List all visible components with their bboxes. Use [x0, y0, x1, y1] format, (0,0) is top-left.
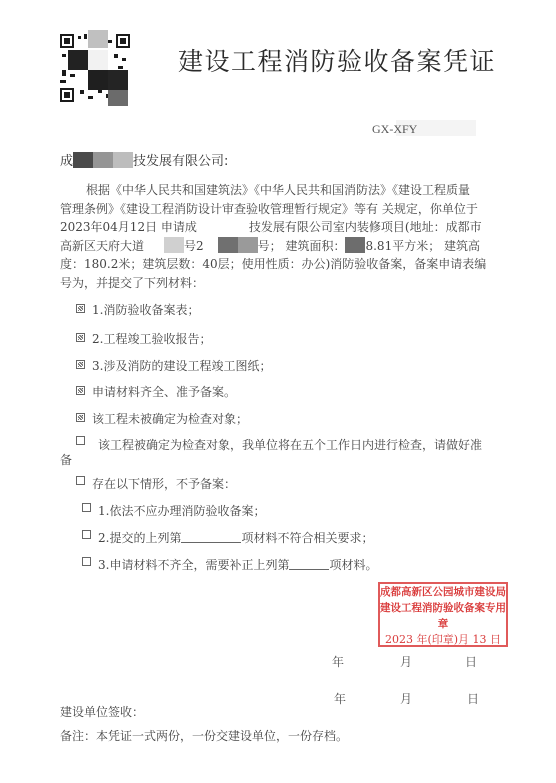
- body-line: 技发展有限公司室内装修项目(地址：成都市: [249, 220, 482, 234]
- checklist-item: 1.消防验收备案表；: [76, 301, 199, 318]
- document-number: GX-XFY: [372, 122, 417, 137]
- checkbox-checked-icon[interactable]: [76, 386, 85, 395]
- checklist-item: 该工程被确定为检查对象，我单位将在五个工作日内进行检查，请做好准: [76, 436, 482, 453]
- remark-note: 备注：本凭证一式两份，一份交建设单位，一份存档。: [60, 727, 348, 744]
- body-line: 8.81平方米； 建筑高: [365, 239, 480, 253]
- checkbox-checked-icon[interactable]: [76, 360, 85, 369]
- redacted-block: [164, 237, 184, 253]
- sub-checklist-item: 3.申请材料不齐全，需要补正上列第项材料。: [82, 556, 377, 573]
- body-line: 号2: [184, 239, 204, 253]
- date-month-label: 月: [400, 653, 412, 670]
- redacted-block: [345, 237, 365, 253]
- recipient-suffix: 技发展有限公司:: [133, 154, 228, 169]
- redacted-block: [93, 152, 113, 168]
- date-day-label: 日: [465, 653, 477, 670]
- stamp-line: 建设工程消防验收备案专用章: [380, 600, 506, 632]
- recipient-line: 成技发展有限公司:: [60, 150, 228, 169]
- body-line: 号； 建筑面积：: [258, 239, 346, 253]
- recipient-prefix: 成: [60, 154, 73, 169]
- redacted-block: [73, 152, 93, 168]
- checklist-item-continuation: 备: [60, 451, 72, 468]
- checkbox-checked-icon[interactable]: [76, 304, 85, 313]
- sub-checklist-item: 2.提交的上列第项材料不符合相关要求；: [82, 529, 373, 546]
- checkbox-checked-icon[interactable]: [76, 333, 85, 342]
- checkbox-checked-icon[interactable]: [76, 413, 85, 422]
- checkbox-unchecked-icon[interactable]: [76, 436, 85, 445]
- blank-field[interactable]: [181, 530, 241, 543]
- stamp-date: 2023 年(印章)月 13 日: [380, 632, 506, 648]
- sub-checklist-item: 1.依法不应办理消防验收备案；: [82, 502, 265, 519]
- checklist-item: 存在以下情形，不予备案：: [76, 475, 236, 492]
- checklist-item: 3.涉及消防的建设工程竣工图纸；: [76, 357, 271, 374]
- redacted-block: [218, 237, 238, 253]
- body-line: 根据《中华人民共和国建筑法》《中华人民共和国消防法》《建设工程质量: [86, 183, 470, 197]
- checklist-item: 该工程未被确定为检查对象；: [76, 410, 248, 427]
- redacted-block: [113, 152, 133, 168]
- date-year-label: 年: [334, 690, 346, 707]
- checkbox-unchecked-icon[interactable]: [82, 530, 91, 539]
- date-day-label: 日: [467, 690, 479, 707]
- official-stamp: 成都高新区公园城市建设局 建设工程消防验收备案专用章 2023 年(印章)月 1…: [378, 582, 508, 647]
- document-title: 建设工程消防验收备案凭证: [178, 42, 496, 78]
- body-paragraph: 根据《中华人民共和国建筑法》《中华人民共和国消防法》《建设工程质量 管理条例》《…: [60, 181, 500, 293]
- checkbox-unchecked-icon[interactable]: [76, 476, 85, 485]
- body-line: 号为，并提交了下列材料：: [60, 274, 500, 293]
- redacted-block: [238, 237, 258, 253]
- redacted-block: [197, 218, 249, 234]
- body-line: 高新区天府大道: [60, 239, 144, 253]
- blank-field[interactable]: [289, 557, 329, 570]
- date-month-label: 月: [400, 690, 412, 707]
- checklist-item: 2.工程竣工验收报告；: [76, 330, 211, 347]
- body-line: 度：180.2米；建筑层数：40层；使用性质：办公)消防验收备案，备案申请表编: [60, 255, 500, 274]
- signature-label: 建设单位签收：: [60, 703, 144, 720]
- stamp-line: 成都高新区公园城市建设局: [380, 584, 506, 600]
- checkbox-unchecked-icon[interactable]: [82, 557, 91, 566]
- body-line: 2023年04月12日 申请成: [60, 220, 197, 234]
- qr-code: [58, 30, 132, 106]
- body-line: 管理条例》《建设工程消防设计审查验收管理暂行规定》等有 关规定，你单位于: [60, 200, 500, 219]
- checkbox-unchecked-icon[interactable]: [82, 503, 91, 512]
- checklist-item: 申请材料齐全、准予备案。: [76, 383, 236, 400]
- date-year-label: 年: [332, 653, 344, 670]
